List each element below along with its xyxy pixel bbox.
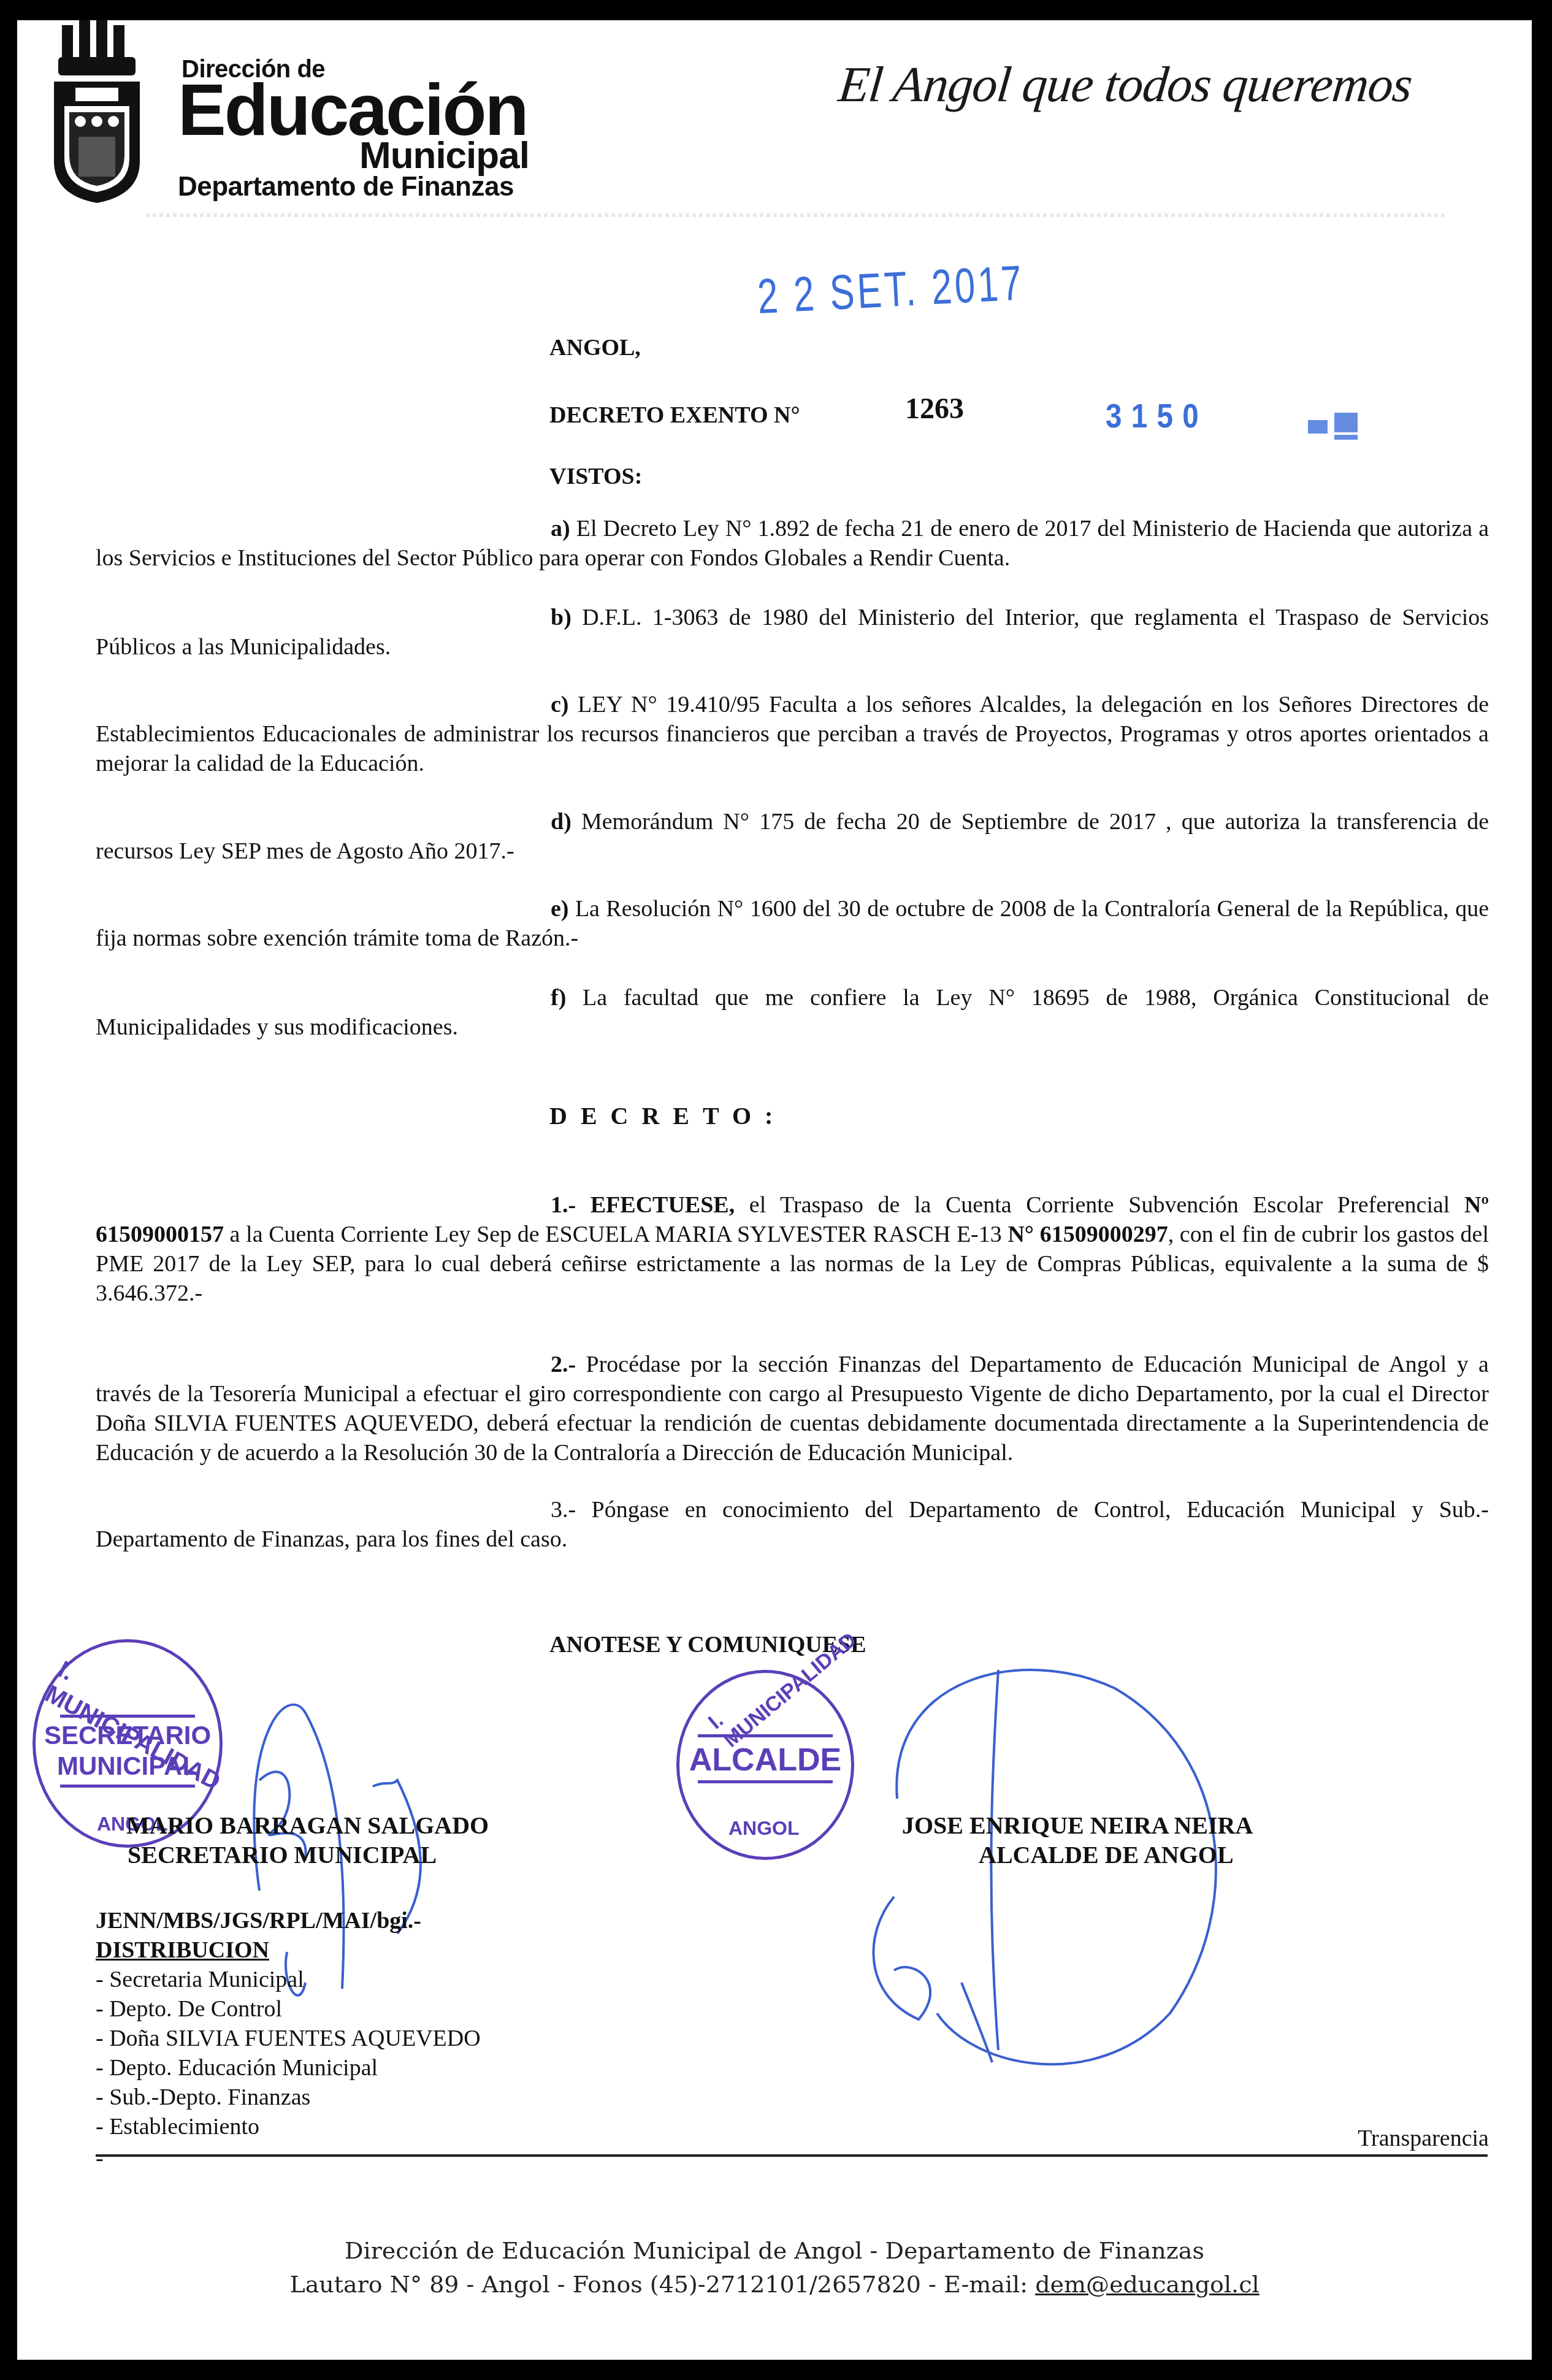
list-item: - Establecimiento: [96, 2112, 481, 2141]
transparency-label: Transparencia: [1358, 2124, 1489, 2153]
document-page: Dirección de Educación Municipal Departa…: [17, 20, 1532, 2360]
list-item: - Sub.-Depto. Finanzas: [96, 2083, 481, 2112]
list-item: - Secretaria Municipal: [96, 1965, 481, 1994]
list-item: -: [96, 2144, 481, 2173]
email-link[interactable]: dem@educangol.cl: [1035, 2271, 1259, 2298]
mayor-title: ALCALDE DE ANGOL: [979, 1840, 1234, 1870]
list-item: - Doña SILVIA FUENTES AQUEVEDO: [96, 2024, 481, 2053]
mayor-name: JOSE ENRIQUE NEIRA NEIRA: [902, 1811, 1253, 1840]
secretary-title: SECRETARIO MUNICIPAL: [128, 1840, 437, 1870]
initials: JENN/MBS/JGS/RPL/MAI/bgi.-: [96, 1906, 481, 1935]
secretary-name: MARIO BARRAGAN SALGADO: [126, 1811, 489, 1840]
footer-divider: [96, 2154, 1488, 2157]
distribution-list: - Secretaria Municipal - Depto. De Contr…: [96, 1965, 481, 2173]
list-item: - Depto. Educación Municipal: [96, 2053, 481, 2083]
list-item: - Depto. De Control: [96, 1994, 481, 2024]
distribution-heading: DISTRIBUCION: [96, 1935, 481, 1965]
footer-institution: Dirección de Educación Municipal de Ango…: [17, 2237, 1532, 2264]
distribution-block: JENN/MBS/JGS/RPL/MAI/bgi.- DISTRIBUCION …: [96, 1906, 481, 2173]
footer-contact: Lautaro N° 89 - Angol - Fonos (45)-27121…: [17, 2271, 1532, 2298]
